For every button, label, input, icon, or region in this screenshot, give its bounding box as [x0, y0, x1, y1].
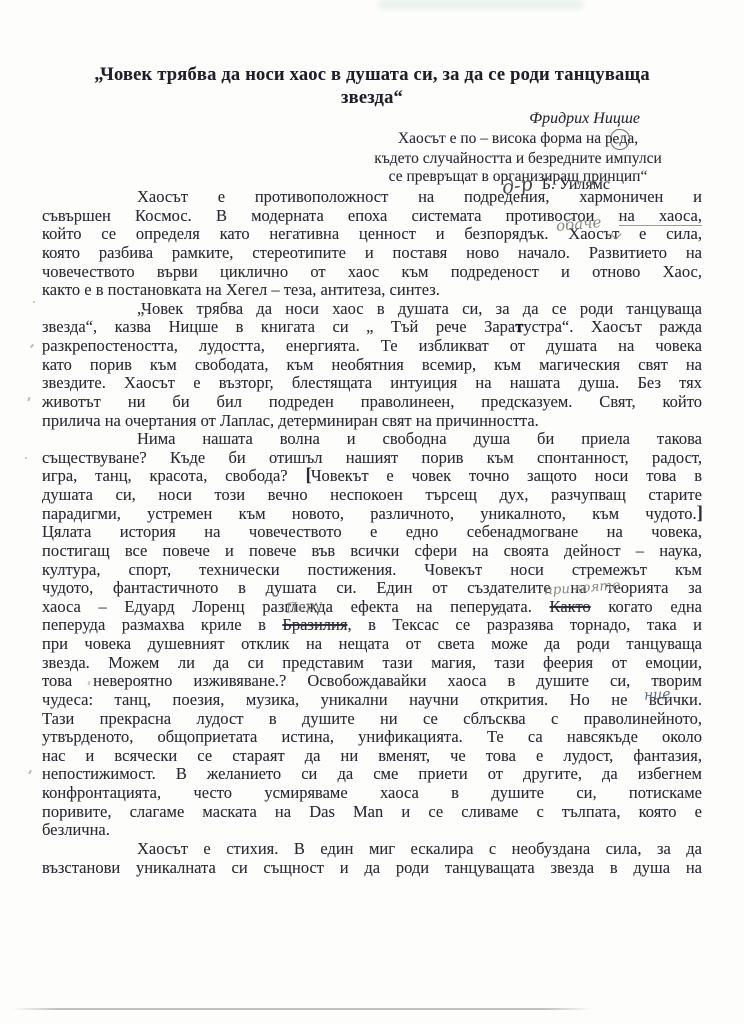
text-line: безлична. — [42, 821, 702, 840]
text-line: постигащ все повече и повече във всички … — [42, 542, 702, 561]
text-line: нас и всячески се стараят да ни вменят, … — [42, 747, 702, 766]
text-line: съществуване? Къде би отишъл нашият пори… — [42, 449, 702, 468]
text-line: звезда. Можем ли да си представим тази м… — [42, 654, 702, 673]
scan-artifact — [33, 301, 35, 303]
text-line: Хаосът е противоположност на подредения,… — [42, 188, 702, 207]
text-line: парадигми, устремен към новото, различно… — [42, 505, 702, 524]
text-line: Хаосът е стихия. В един миг ескалира с н… — [42, 840, 702, 859]
text-line: при човека душевният отклик на нещата от… — [42, 635, 702, 654]
scan-artifact — [25, 457, 27, 459]
text-line: звездите. Хаосът е възторг, блестящата и… — [42, 374, 702, 393]
scan-artifact — [30, 344, 34, 348]
text-line: конфронтацията, често усмиряваме хаоса в… — [42, 784, 702, 803]
paragraph: Хаосът е противоположност на подредения,… — [42, 188, 702, 300]
text-line: чудеса: танц, поезия, музика, уникални н… — [42, 691, 702, 710]
text-line: като порив към свободата, към необятния … — [42, 356, 702, 375]
handwritten-underline-mark: на хаоса, — [619, 206, 702, 226]
scan-artifact — [27, 397, 30, 401]
document-body: Хаосът е противоположност на подредения,… — [42, 188, 702, 877]
text-line: хаоса – Едуард Лоренц разглежда ефекта н… — [42, 598, 702, 617]
text-line: поривите, слагаме маската на Das Man и с… — [42, 803, 702, 822]
page-title: „Човек трябва да носи хаос в душата си, … — [0, 64, 744, 110]
handwritten-circle-mark: ед — [610, 128, 631, 150]
paragraph: Хаосът е стихия. В един миг ескалира с н… — [42, 840, 702, 877]
text-line: както е в постановката на Хегел – теза, … — [42, 281, 702, 300]
text-line: Тази прекрасна лудост в душите ни се сбл… — [42, 710, 702, 729]
handwritten-close-bracket-mark: ] — [697, 503, 702, 524]
title-line: звезда“ — [0, 87, 744, 110]
paragraph: Нима нашата волна и свободна душа би при… — [42, 430, 702, 840]
text-line: това невероятно изживяване.? Освобождава… — [42, 672, 702, 691]
text-line: който се определя като негативна ценност… — [42, 225, 702, 244]
text-line: утвърденото, общоприетата истина, унифик… — [42, 728, 702, 747]
handwritten-letter-correction: т — [515, 317, 523, 336]
epigraph-author-nietzsche: Фридрих Ницше — [529, 110, 640, 128]
scan-artifact — [28, 770, 32, 774]
text-line: „Човек трябва да носи хаос в душата си, … — [42, 300, 702, 319]
title-line: „Човек трябва да носи хаос в душата си, … — [0, 64, 744, 87]
scan-artifact — [378, 0, 583, 9]
text-line: Нима нашата волна и свободна душа би при… — [42, 430, 702, 449]
text-line: култура, спорт, технически постижения. Ч… — [42, 561, 702, 580]
epigraph-line: Хаосът е по – висока форма на реда, — [372, 129, 664, 150]
handwritten-open-bracket-mark: [ — [305, 465, 310, 486]
text-line: игра, танц, красота, свобода? [Човекът е… — [42, 467, 702, 486]
scan-artifact — [12, 1008, 592, 1010]
strikethrough-mark: Както — [550, 597, 591, 616]
text-line: разкрепостеността, лудостта, енергията. … — [42, 337, 702, 356]
epigraph-line: където случайността и безредните импулси — [372, 150, 664, 169]
handwritten-note-nie: ние — [644, 686, 671, 703]
text-line: душата си, носи този вечно неспокоен тър… — [42, 486, 702, 505]
text-line: животът ни би бил подреден праволинеен, … — [42, 393, 702, 412]
paragraph: „Човек трябва да носи хаос в душата си, … — [42, 300, 702, 430]
text-line: която разбива рамките, стереотипите и по… — [42, 244, 702, 263]
strikethrough-mark: Бразилия — [282, 615, 347, 634]
scanned-document-page: „Човек трябва да носи хаос в душата си, … — [0, 0, 744, 1024]
text-line: прилича на очертания от Лаплас, детермин… — [42, 412, 702, 431]
text-line: пеперуда размахва криле в Бразилия, в Те… — [42, 616, 702, 635]
text-line: съвършен Космос. В модерната епоха систе… — [42, 207, 702, 226]
text-line: звезда“, казва Ницше в книгата си „ Тъй … — [42, 318, 702, 337]
text-line: човечеството върви циклично от хаос към … — [42, 263, 702, 282]
text-line: непостижимост. В желанието си да сме при… — [42, 765, 702, 784]
text-line: възстанови уникалната си същност и да ро… — [42, 859, 702, 878]
text-line: Цялата история на човечеството е едно се… — [42, 523, 702, 542]
